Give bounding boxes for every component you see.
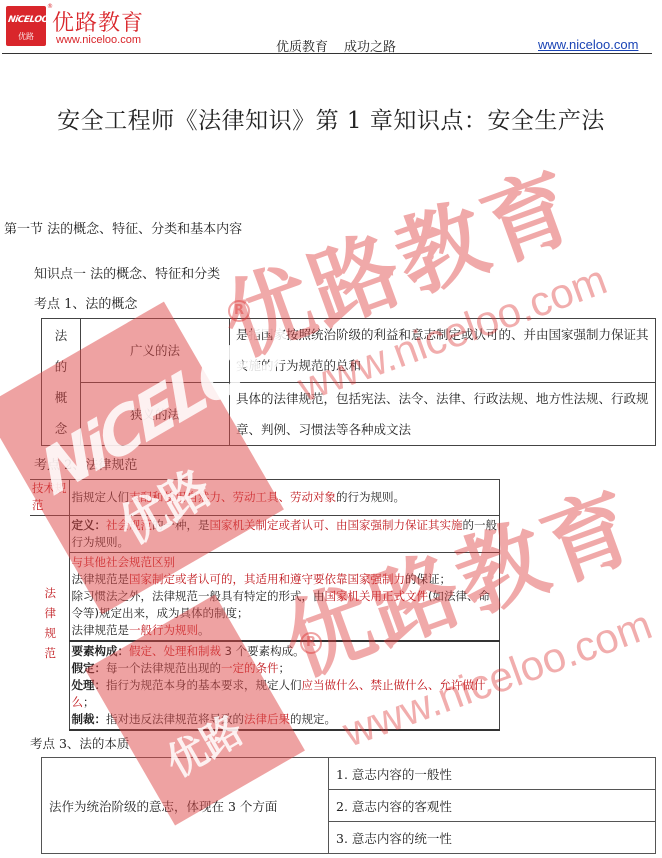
table-row: 与其他社会规范区别 法律规范是国家制定或者认可的，其适用和遵守要依靠国家强制力的… — [30, 553, 500, 642]
page-header: NiCELOO 优路 ® 优路教育 www.niceloo.com 优质教育成功… — [0, 0, 662, 54]
aspect-cell: 2. 意志内容的客观性 — [329, 790, 656, 822]
table-row: 法 律 规 范 定义：社会规范的一种，是国家机关制定或者认可、由国家强制力保证其… — [30, 516, 500, 553]
legal-norm-table: 技术规范 指规定人们支配和使用自然力、劳动工具、劳动对象的行为规则。 法 律 规… — [30, 479, 500, 731]
brand-name: 优路教育 — [52, 6, 144, 37]
difference-block: 与其他社会规范区别 法律规范是国家制定或者认可的，其适用和遵守要依靠国家强制力的… — [69, 553, 500, 642]
term-cell: 狭义的法 — [81, 382, 230, 446]
table-row: 法作为统治阶级的意志，体现在 3 个方面 1. 意志内容的一般性 — [42, 758, 656, 790]
table-row: 法 的 概 念 广义的法 是指国家按照统治阶级的利益和意志制定或认可的、并由国家… — [42, 319, 656, 383]
table-row: 技术规范 指规定人们支配和使用自然力、劳动工具、劳动对象的行为规则。 — [30, 480, 500, 516]
term-cell: 广义的法 — [81, 319, 230, 383]
logo-text: NiCELOO — [7, 15, 44, 25]
elements-block: 要素构成：假定、处理和制裁 3 个要素构成。 假定：每一个法律规范出现的一定的条… — [69, 641, 500, 730]
table-row: 狭义的法 具体的法律规范，包括宪法、法令、法律、行政法规、地方性法规、行政规章、… — [42, 382, 656, 446]
knowledge-point-heading: 知识点一 法的概念、特征和分类 — [34, 263, 220, 282]
row-content: 指规定人们支配和使用自然力、劳动工具、劳动对象的行为规则。 — [69, 480, 500, 516]
exam-point-heading: 考点 3、法的本质 — [30, 734, 129, 752]
header-divider — [2, 53, 326, 54]
law-concept-table: 法 的 概 念 广义的法 是指国家按照统治阶级的利益和意志制定或认可的、并由国家… — [41, 318, 656, 446]
aspect-cell: 3. 意志内容的统一性 — [329, 822, 656, 854]
logo-sub: 优路 — [6, 31, 46, 42]
table-row: 要素构成：假定、处理和制裁 3 个要素构成。 假定：每一个法律规范出现的一定的条… — [30, 641, 500, 730]
definition-cell: 是指国家按照统治阶级的利益和意志制定或认可的、并由国家强制力保证其实施的行为规范… — [230, 319, 656, 383]
section-heading: 第一节 法的概念、特征、分类和基本内容 — [4, 218, 242, 237]
row-label: 技术规范 — [30, 480, 69, 516]
brand-url: www.niceloo.com — [56, 34, 141, 46]
page-title: 安全工程师《法律知识》第 1 章知识点：安全生产法 — [0, 102, 662, 135]
website-link[interactable]: www.niceloo.com — [538, 37, 638, 52]
row-header-cell: 法 的 概 念 — [42, 319, 81, 446]
essence-cell: 法作为统治阶级的意志，体现在 3 个方面 — [42, 758, 329, 854]
definition-cell: 具体的法律规范，包括宪法、法令、法律、行政法规、地方性法规、行政规章、判例、习惯… — [230, 382, 656, 446]
exam-point-heading: 考点 1、法的概念 — [34, 293, 137, 312]
law-essence-table: 法作为统治阶级的意志，体现在 3 个方面 1. 意志内容的一般性 2. 意志内容… — [41, 757, 656, 854]
row-label: 法 律 规 范 — [30, 516, 69, 731]
header-divider — [326, 53, 652, 54]
exam-point-heading: 考点 2、法律规范 — [34, 454, 137, 473]
aspect-cell: 1. 意志内容的一般性 — [329, 758, 656, 790]
brand-logo: NiCELOO 优路 — [6, 6, 46, 46]
definition-block: 定义：社会规范的一种，是国家机关制定或者认可、由国家强制力保证其实施的一般行为规… — [69, 516, 500, 553]
